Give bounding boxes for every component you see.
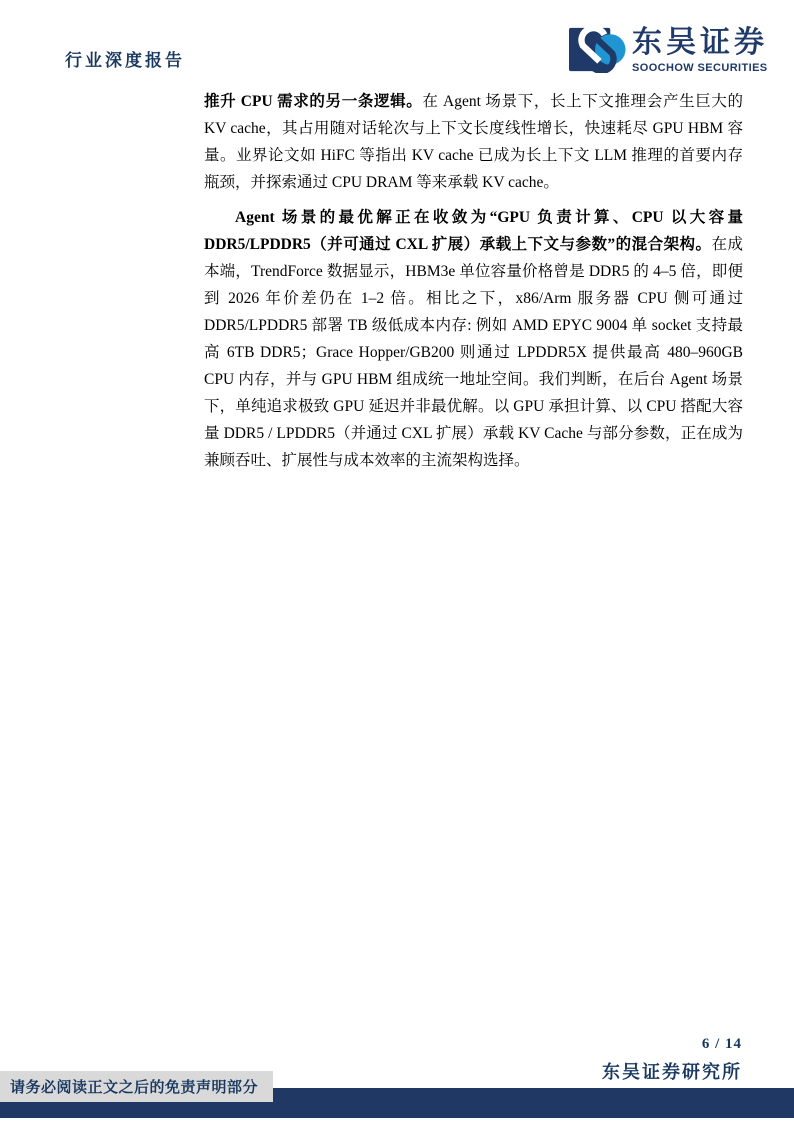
paragraph: Agent 场景的最优解正在收敛为“GPU 负责计算、CPU 以大容量 DDR5… bbox=[204, 204, 743, 474]
paragraph-lead: Agent 场景的最优解正在收敛为“GPU 负责计算、CPU 以大容量 DDR5… bbox=[204, 209, 743, 253]
page-number: 6 / 14 bbox=[702, 1036, 742, 1053]
report-body: 推升 CPU 需求的另一条逻辑。在 Agent 场景下，长上下文推理会产生巨大的… bbox=[204, 88, 743, 482]
paragraph: 推升 CPU 需求的另一条逻辑。在 Agent 场景下，长上下文推理会产生巨大的… bbox=[204, 88, 743, 196]
report-type-label: 行业深度报告 bbox=[65, 46, 185, 71]
disclaimer-text: 请务必阅读正文之后的免责声明部分 bbox=[10, 1076, 258, 1097]
research-institute-label: 东吴证券研究所 bbox=[602, 1058, 742, 1084]
disclaimer-box: 请务必阅读正文之后的免责声明部分 bbox=[0, 1071, 273, 1102]
soochow-logo-icon bbox=[569, 26, 626, 73]
paragraph-text: 在成本端，TrendForce 数据显示，HBM3e 单位容量价格曾是 DDR5… bbox=[204, 236, 743, 469]
brand-header: 东吴证券 SOOCHOW SECURITIES bbox=[569, 26, 768, 74]
report-page: 行业深度报告 东吴证券 SOOCHOW SECURITIES 推升 CPU 需求… bbox=[0, 0, 794, 1123]
brand-text: 东吴证券 SOOCHOW SECURITIES bbox=[632, 26, 768, 74]
paragraph-lead: 推升 CPU 需求的另一条逻辑。 bbox=[204, 93, 422, 110]
brand-name-en: SOOCHOW SECURITIES bbox=[632, 62, 768, 74]
brand-name-cn: 东吴证券 bbox=[632, 26, 768, 59]
